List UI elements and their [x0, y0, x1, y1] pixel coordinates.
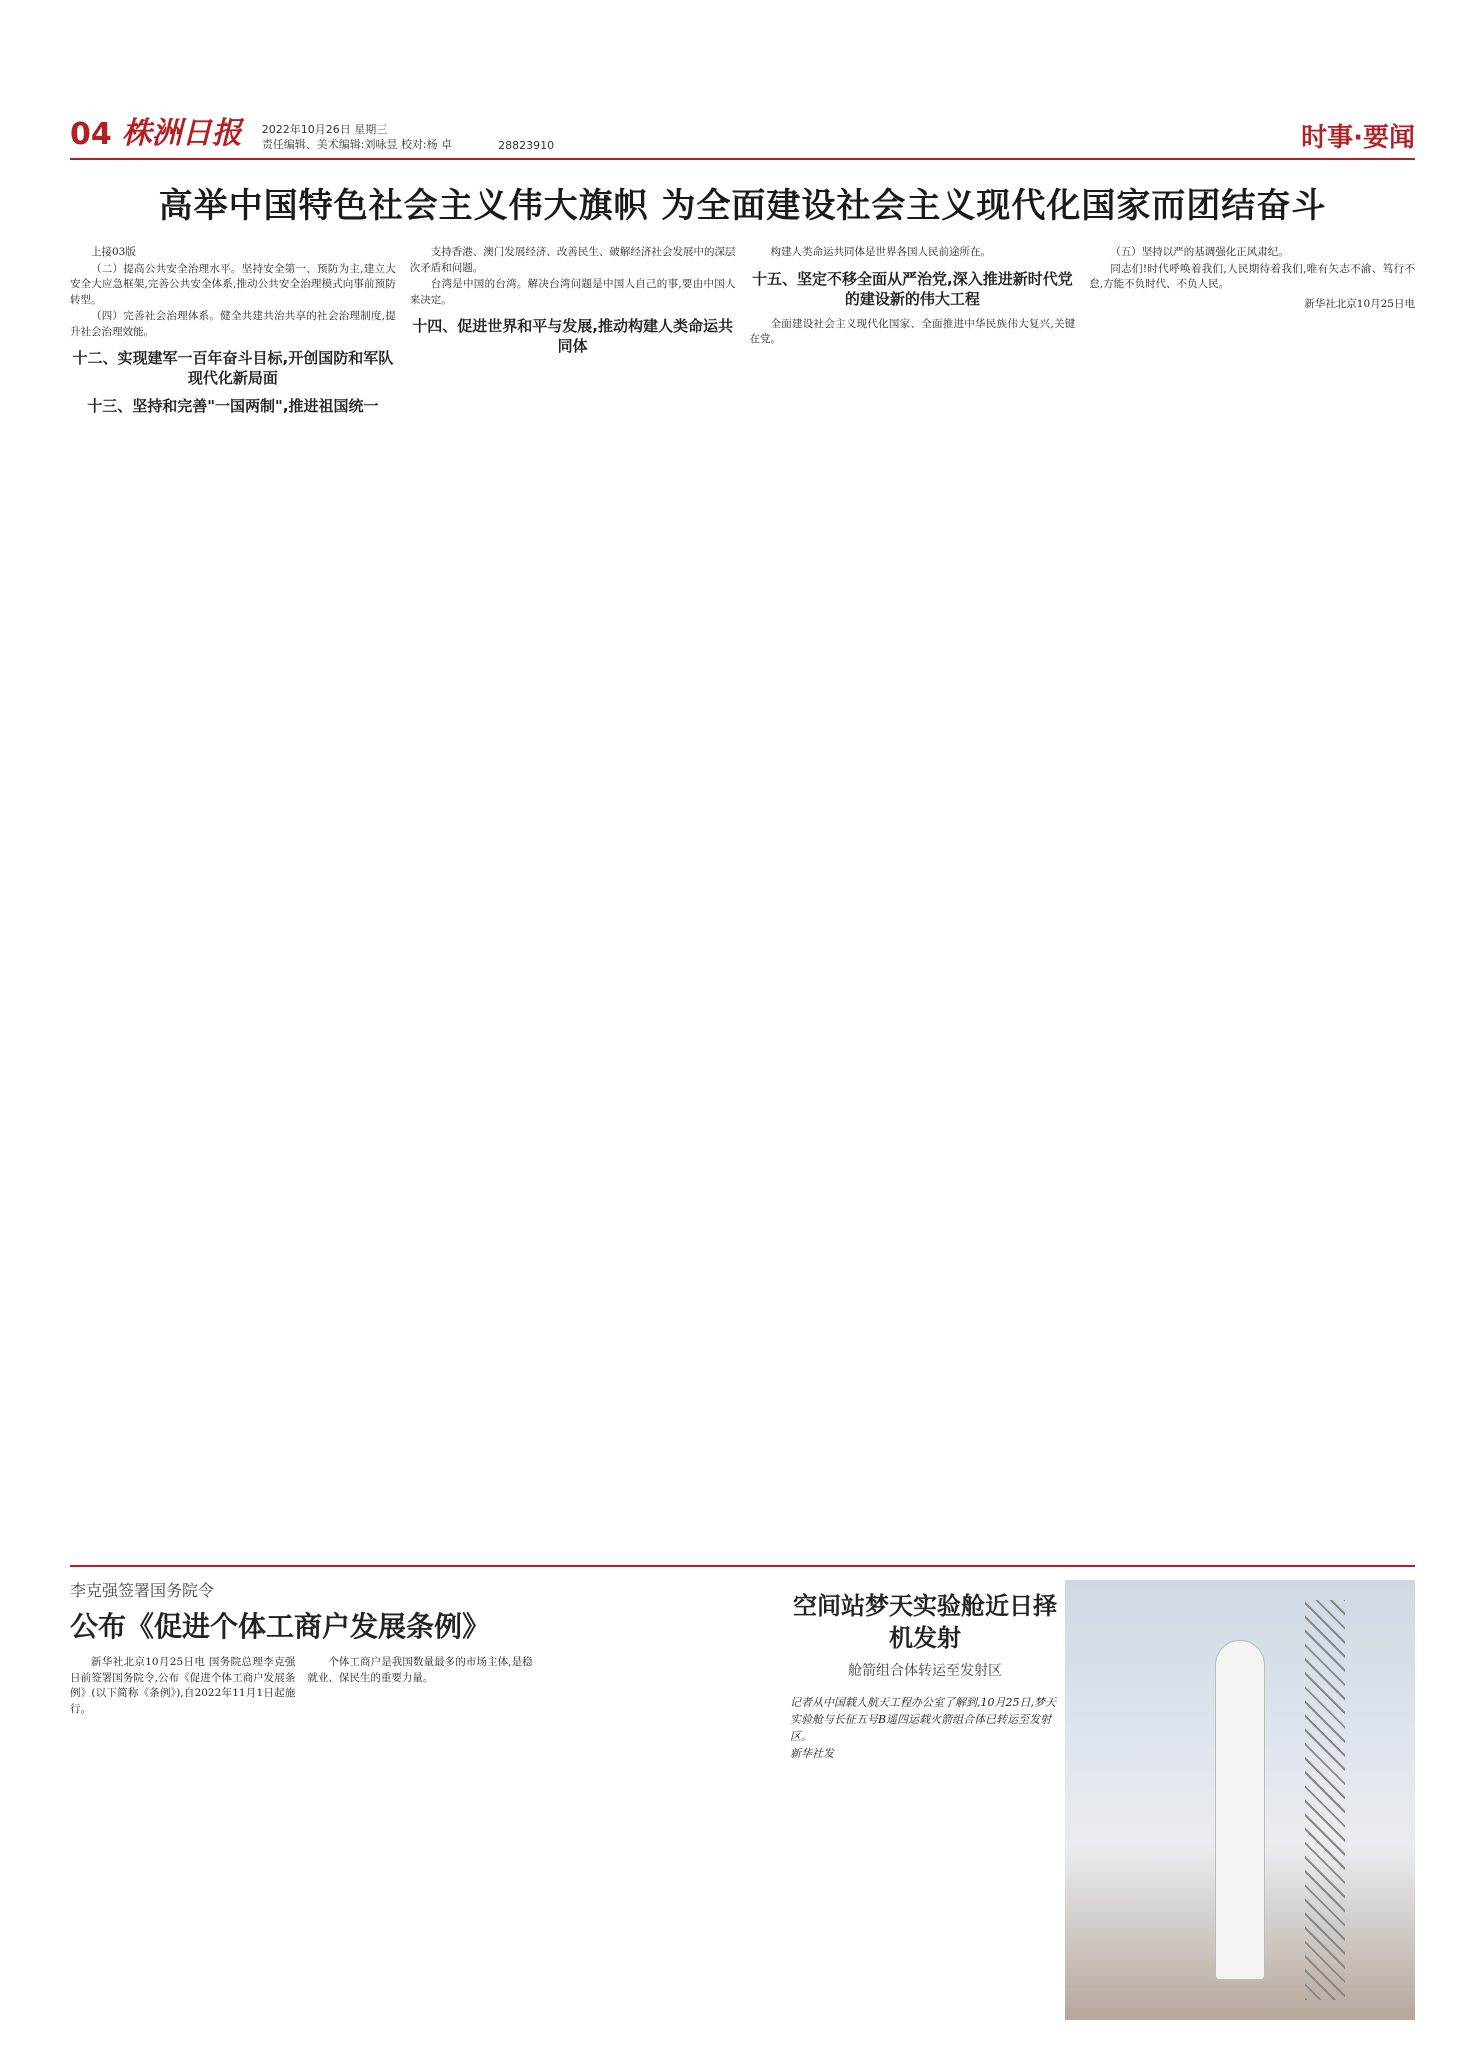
story-headline: 空间站梦天实验舱近日择机发射 — [790, 1590, 1060, 1654]
subhead-14: 十四、促进世界和平与发展,推动构建人类命运共同体 — [410, 316, 736, 356]
column-2: 支持香港、澳门发展经济、改善民生、破解经济社会发展中的深层次矛盾和问题。 台湾是… — [410, 245, 736, 1555]
lead-headline: 高举中国特色社会主义伟大旗帜 为全面建设社会主义现代化国家而团结奋斗 — [70, 178, 1415, 227]
paragraph: （二）提高公共安全治理水平。坚持安全第一、预防为主,建立大安全大应急框架,完善公… — [70, 262, 396, 309]
paragraph: 支持香港、澳门发展经济、改善民生、破解经济社会发展中的深层次矛盾和问题。 — [410, 245, 736, 276]
subhead-12: 十二、实现建军一百年奋斗目标,开创国防和军队现代化新局面 — [70, 348, 396, 388]
paragraph: （四）完善社会治理体系。健全共建共治共享的社会治理制度,提升社会治理效能。 — [70, 309, 396, 340]
photo-caption: 记者从中国载人航天工程办公室了解到,10月25日,梦天实验舱与长征五号B遥四运载… — [790, 1694, 1060, 1745]
story-body: 新华社北京10月25日电 国务院总理李克强日前签署国务院令,公布《促进个体工商户… — [70, 1655, 770, 2035]
subhead-15: 十五、坚定不移全面从严治党,深入推进新时代党的建设新的伟大工程 — [750, 269, 1076, 309]
rocket — [1215, 1640, 1265, 1980]
paragraph: 台湾是中国的台湾。解决台湾问题是中国人自己的事,要由中国人来决定。 — [410, 277, 736, 308]
section-tag: 时事·要闻 — [1301, 117, 1415, 154]
photo-credit: 新华社发 — [790, 1745, 1060, 1762]
page-number: 04 — [70, 117, 112, 152]
paragraph: （五）坚持以严的基调强化正风肃纪。 — [1089, 245, 1415, 261]
hotline: 28823910 — [498, 139, 554, 152]
paragraph: 个体工商户是我国数量最多的市场主体,是稳就业、保民生的重要力量。 — [307, 1655, 532, 2035]
issue-meta: 2022年10月26日 星期三 责任编辑、美术编辑:刘咏昱 校对:杨 卓 — [262, 122, 452, 152]
column-4: （五）坚持以严的基调强化正风肃纪。 同志们!时代呼唤着我们,人民期待着我们,唯有… — [1089, 245, 1415, 1555]
paper-name: 株洲日报 — [122, 108, 242, 152]
byline: 新华社北京10月25日电 — [1089, 297, 1415, 313]
launch-tower — [1305, 1600, 1345, 2000]
masthead: 04 株洲日报 2022年10月26日 星期三 责任编辑、美术编辑:刘咏昱 校对… — [70, 100, 1415, 160]
lead-story-body: 上接03版 （二）提高公共安全治理水平。坚持安全第一、预防为主,建立大安全大应急… — [70, 245, 1415, 1555]
space-station-story: 空间站梦天实验舱近日择机发射 舱箭组合体转运至发射区 记者从中国载人航天工程办公… — [790, 1590, 1060, 1762]
story-deck: 舱箭组合体转运至发射区 — [790, 1660, 1060, 1680]
subhead-13: 十三、坚持和完善"一国两制",推进祖国统一 — [70, 396, 396, 416]
section-divider — [70, 1565, 1415, 1567]
column-1: 上接03版 （二）提高公共安全治理水平。坚持安全第一、预防为主,建立大安全大应急… — [70, 245, 396, 1555]
regulation-story: 李克强签署国务院令 公布《促进个体工商户发展条例》 新华社北京10月25日电 国… — [70, 1578, 770, 2035]
continued-from: 上接03版 — [70, 245, 396, 261]
paragraph: 全面建设社会主义现代化国家、全面推进中华民族伟大复兴,关键在党。 — [750, 317, 1076, 348]
editors: 责任编辑、美术编辑:刘咏昱 校对:杨 卓 — [262, 137, 452, 152]
paragraph: 新华社北京10月25日电 国务院总理李克强日前签署国务院令,公布《促进个体工商户… — [70, 1655, 295, 2035]
story-headline: 公布《促进个体工商户发展条例》 — [70, 1605, 770, 1645]
column-3: 构建人类命运共同体是世界各国人民前途所在。 十五、坚定不移全面从严治党,深入推进… — [750, 245, 1076, 1555]
rocket-photo — [1065, 1580, 1415, 2020]
kicker: 李克强签署国务院令 — [70, 1578, 770, 1601]
issue-date: 2022年10月26日 星期三 — [262, 122, 452, 137]
paragraph: 构建人类命运共同体是世界各国人民前途所在。 — [750, 245, 1076, 261]
paragraph: 同志们!时代呼唤着我们,人民期待着我们,唯有矢志不渝、笃行不怠,方能不负时代、不… — [1089, 262, 1415, 293]
